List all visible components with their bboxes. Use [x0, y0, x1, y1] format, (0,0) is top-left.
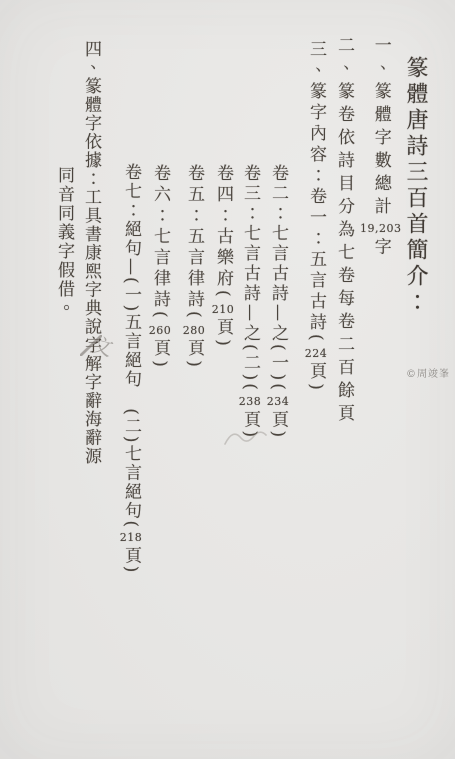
vol6-text: 卷六：七言律詩(	[150, 164, 170, 322]
vol5-text: 卷五：五言律詩(	[184, 164, 204, 322]
item-3-vol3: 卷三：七言古詩—之(二)(238頁)	[238, 164, 263, 440]
item-3-vol5: 卷五：五言律詩(280頁)	[182, 164, 207, 371]
item-3-contents-vol1: 三、篆字內容：卷一：五言古詩(224頁)	[304, 40, 329, 394]
item-1-character-count: 一、篆體字數總計19,203字	[360, 36, 402, 261]
vol2-text: 卷二：七言古詩—之(一)(	[268, 164, 288, 393]
vol4-text: 卷四：古樂府(	[213, 164, 233, 301]
vol4-suffix: 頁)	[213, 318, 233, 350]
copyright-credit: ©周竣峯	[406, 365, 450, 380]
page-title: 篆體唐詩三百首簡介：	[400, 56, 431, 316]
item-4-text: 四、篆體字依據：工具書康熙字典說	[81, 40, 101, 336]
vol2-pages: 234	[267, 396, 290, 408]
vol5-pages: 280	[183, 325, 206, 337]
scanned-document-page: 篆體唐詩三百首簡介： 一、篆體字數總計19,203字 二、篆卷依詩目分為七卷每卷…	[0, 0, 455, 759]
item-3-vol6: 卷六：七言律詩(260頁)	[148, 164, 173, 371]
vol3-pages: 238	[239, 396, 262, 408]
vol6-pages: 260	[149, 325, 172, 337]
item-3-vol2: 卷二：七言古詩—之(一)(234頁)	[266, 164, 291, 440]
vol7-pages: 218	[120, 532, 143, 544]
vol7-text: 卷七：絕句—(一)五言絕句 (二)七言絕句(	[121, 163, 141, 529]
vol1-pages: 224	[305, 348, 328, 360]
vol1-text: 三、篆字內容：卷一：五言古詩(	[306, 40, 326, 345]
vol3-text: 卷三：七言古詩—之(二)(	[240, 164, 260, 393]
vol7-suffix: 頁)	[121, 547, 141, 575]
item-4-line2: 同音同義字假借。	[52, 166, 77, 318]
item-1-suffix: 字	[371, 238, 391, 261]
vol1-suffix: 頁)	[306, 362, 326, 394]
item-4-text-cont: 解字辭海辭源	[81, 355, 101, 466]
item-1-text: 一、篆體字數總計	[371, 36, 391, 220]
item-3-vol4: 卷四：古樂府(210頁)	[211, 164, 236, 350]
vol4-pages: 210	[212, 304, 235, 316]
vol6-suffix: 頁)	[150, 339, 170, 371]
item-3-vol7: 卷七：絕句—(一)五言絕句 (二)七言絕句(218頁)	[119, 163, 144, 574]
vol2-suffix: 頁)	[268, 410, 288, 440]
vol5-suffix: 頁)	[184, 339, 204, 371]
item-4-basis: 四、篆體字依據：工具書康熙字典說字解字辭海辭源	[79, 40, 104, 466]
pencil-squiggle	[221, 424, 269, 452]
item-1-number: 19,203	[360, 223, 402, 235]
item-2-volume-structure: 二、篆卷依詩目分為七卷每卷二百餘頁	[332, 36, 357, 427]
